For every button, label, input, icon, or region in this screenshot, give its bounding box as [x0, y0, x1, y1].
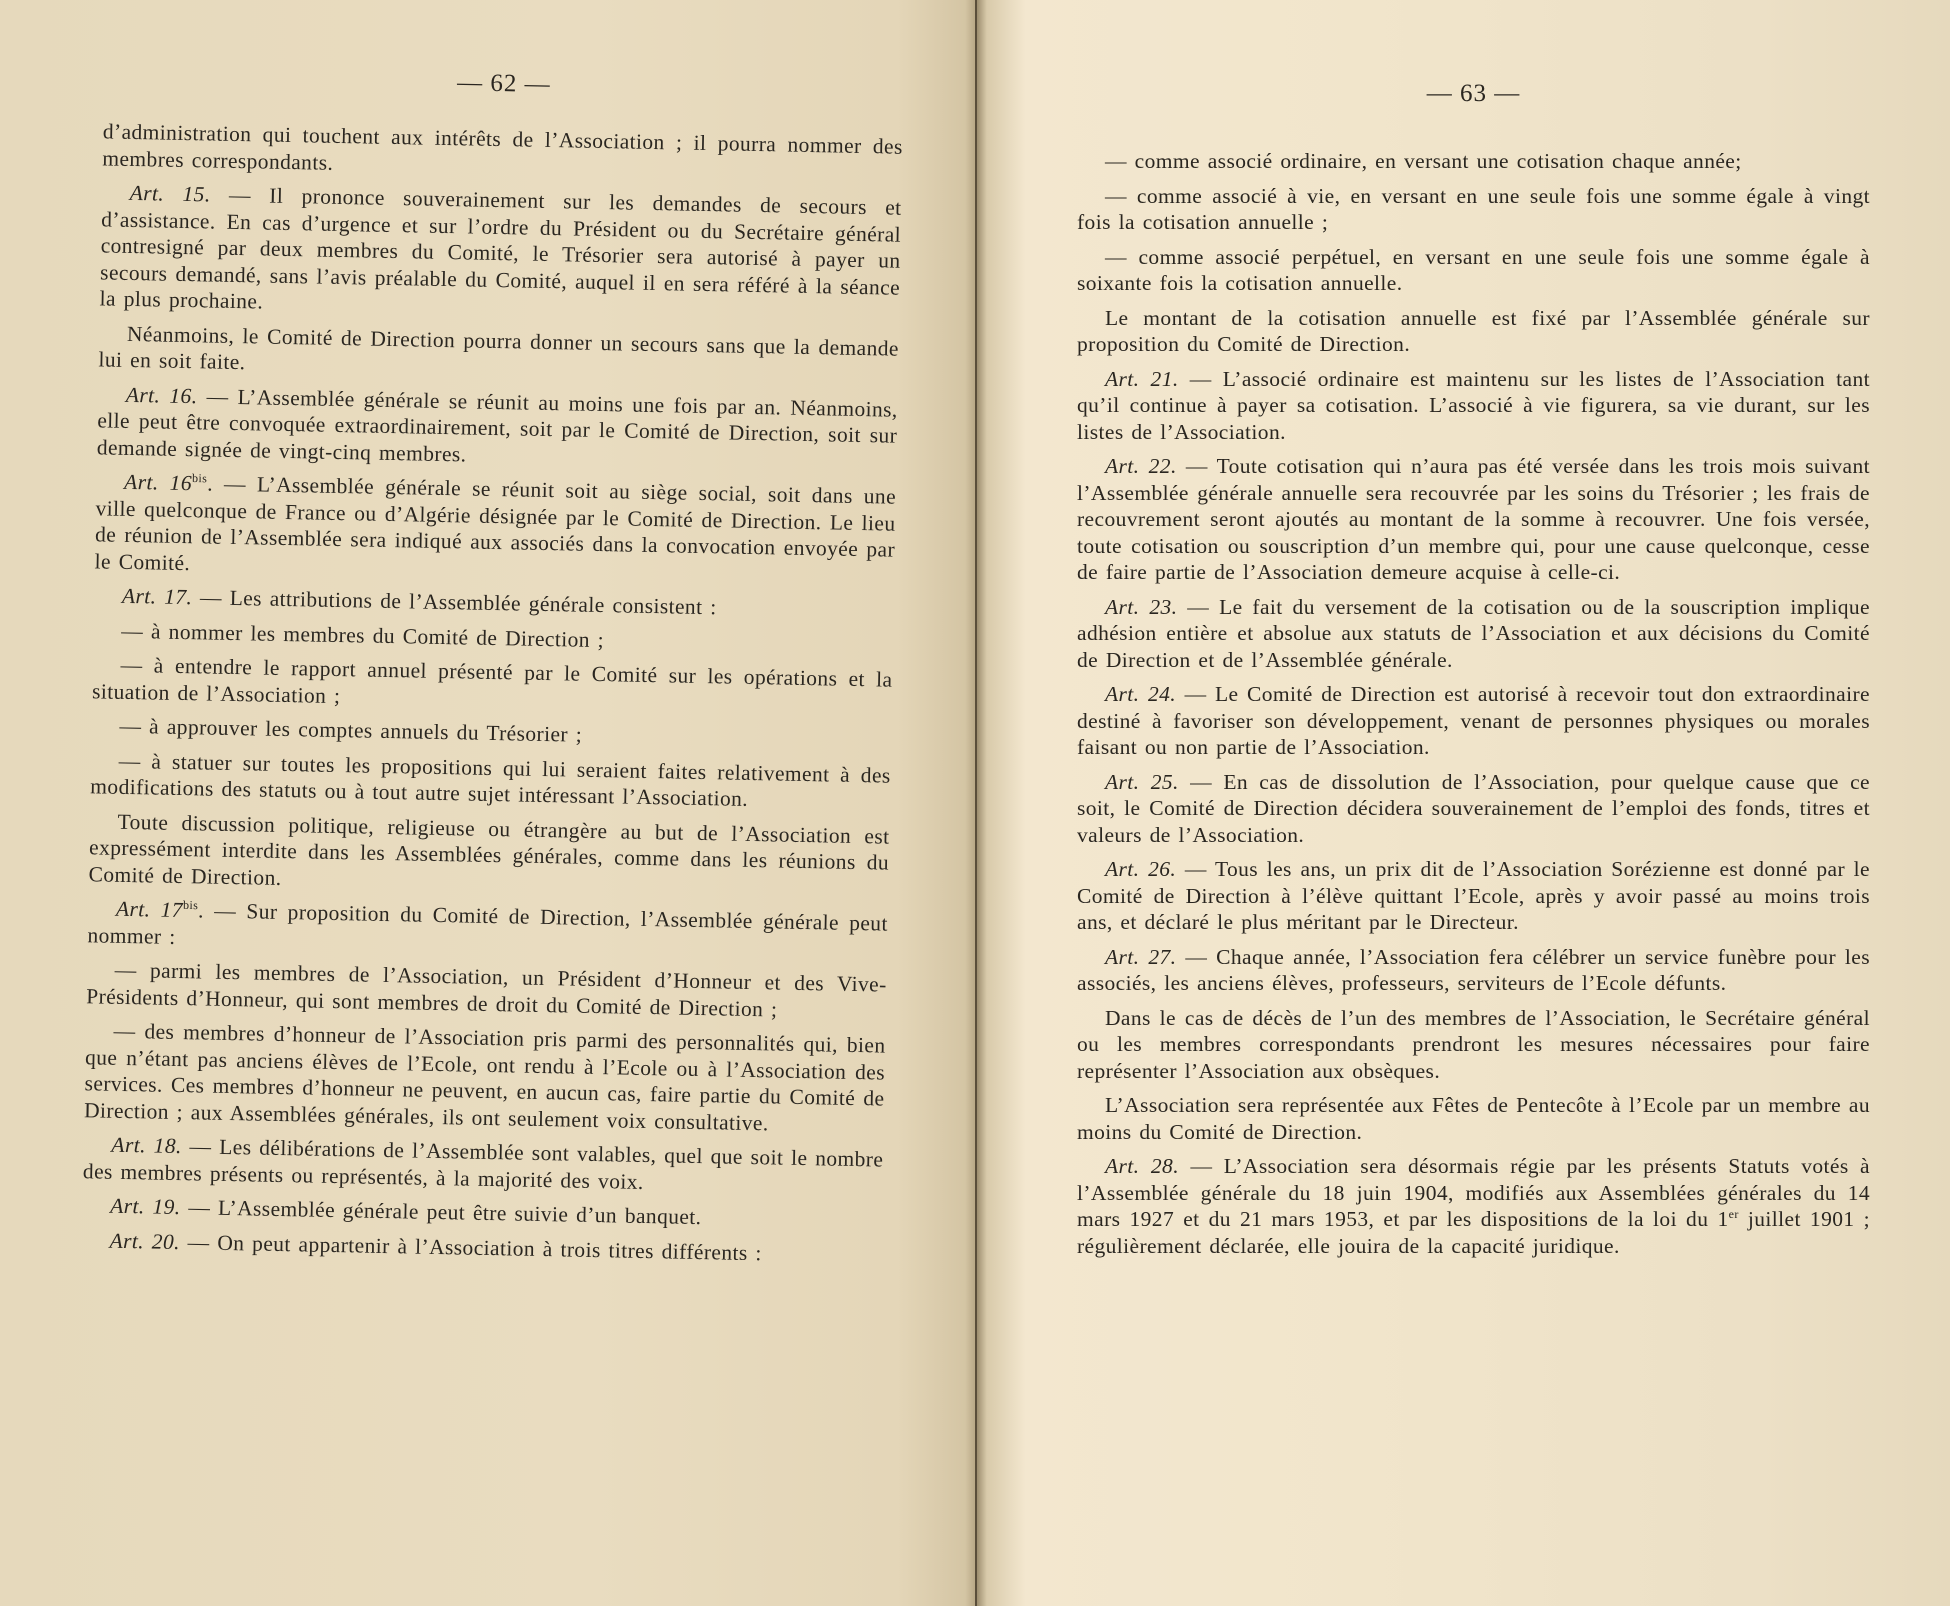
article-paragraph: Art. 15. — Il prononce souverainement su…: [99, 179, 901, 327]
paragraph: — des membres d’honneur de l’Association…: [84, 1017, 886, 1138]
paragraph-text: — Le fait du versement de la cotisation …: [1077, 595, 1870, 672]
article-label: Art. 17: [116, 897, 183, 922]
article-paragraph: Art. 16bis. — L’Assemblée générale se ré…: [94, 468, 896, 589]
paragraph: — à entendre le rapport annuel présenté …: [92, 651, 893, 719]
article-label: Art. 18.: [111, 1133, 182, 1158]
article-paragraph: Art. 17. — Les attributions de l’Assembl…: [94, 582, 894, 624]
article-label: Art. 23.: [1105, 595, 1177, 619]
paragraph-text: — L’Assemblée générale peut être suivie …: [180, 1195, 701, 1229]
paragraph: — à statuer sur toutes les propositions …: [90, 747, 891, 815]
paragraph: — à nommer les membres du Comité de Dire…: [93, 617, 893, 659]
paragraph-text: — On peut appartenir à l’Association à t…: [180, 1230, 762, 1265]
paragraph-text: L’Association sera représentée aux Fêtes…: [1077, 1093, 1870, 1144]
paragraph-text: — à entendre le rapport annuel présenté …: [92, 653, 893, 708]
page-number-63: — 63 —: [1077, 80, 1870, 108]
paragraph-text: — Toute cotisation qui n’aura pas été ve…: [1077, 454, 1870, 584]
paragraph: Le montant de la cotisation annuelle est…: [1077, 305, 1870, 358]
paragraph-text: . — L’Assemblée générale se réunit soit …: [94, 471, 896, 574]
paragraph-text: Toute discussion politique, religieuse o…: [88, 809, 889, 889]
paragraph-text: — comme associé à vie, en versant en une…: [1077, 184, 1870, 235]
left-page-body: — 62 — d’administration qui touchent aux…: [81, 62, 904, 1268]
paragraph-text: . — Sur proposition du Comité de Directi…: [87, 898, 888, 948]
paragraph: Néanmoins, le Comité de Direction pourra…: [98, 320, 899, 388]
article-label: Art. 22.: [1105, 454, 1177, 478]
article-paragraph: Art. 22. — Toute cotisation qui n’aura p…: [1077, 453, 1870, 586]
page-number-62: — 62 —: [104, 62, 904, 105]
superscript: bis: [192, 471, 207, 485]
paragraph-text: — L’Assemblée générale se réunit au moin…: [97, 384, 898, 466]
article-label: Art. 21.: [1105, 367, 1179, 391]
article-paragraph: Art. 28. — L’Association sera désormais …: [1077, 1153, 1870, 1259]
book-spread: — 62 — d’administration qui touchent aux…: [0, 0, 1950, 1606]
superscript: bis: [183, 898, 198, 912]
left-page-text: d’administration qui touchent aux intérê…: [81, 118, 903, 1268]
article-label: Art. 17.: [122, 584, 193, 609]
paragraph-text: — parmi les membres de l’Association, un…: [86, 958, 887, 1021]
superscript: er: [1729, 1207, 1739, 1221]
article-paragraph: Art. 18. — Les délibérations de l’Assemb…: [83, 1131, 884, 1199]
paragraph: — comme associé perpétuel, en versant en…: [1077, 244, 1870, 297]
paragraph-text: — comme associé perpétuel, en versant en…: [1077, 245, 1870, 296]
paragraph: — comme associé ordinaire, en versant un…: [1077, 148, 1870, 175]
article-paragraph: Art. 17bis. — Sur proposition du Comité …: [87, 895, 888, 963]
paragraph-text: — Chaque année, l’Association fera céléb…: [1077, 945, 1870, 996]
article-paragraph: Art. 25. — En cas de dissolution de l’As…: [1077, 769, 1870, 849]
article-label: Art. 27.: [1105, 945, 1176, 969]
paragraph-text: Le montant de la cotisation annuelle est…: [1077, 306, 1870, 357]
paragraph-text: — comme associé ordinaire, en versant un…: [1105, 149, 1742, 173]
article-paragraph: Art. 19. — L’Assemblée générale peut êtr…: [82, 1192, 882, 1234]
article-paragraph: Art. 16. — L’Assemblée générale se réuni…: [97, 381, 898, 476]
article-label: Art. 15.: [129, 181, 210, 207]
paragraph-text: — Tous les ans, un prix dit de l’Associa…: [1077, 857, 1870, 934]
paragraph: — à approuver les comptes annuels du Tré…: [91, 712, 891, 754]
article-label: Art. 26.: [1105, 857, 1176, 881]
paragraph-text: — Le Comité de Direction est autorisé à …: [1077, 682, 1870, 759]
article-paragraph: Art. 21. — L’associé ordinaire est maint…: [1077, 366, 1870, 446]
article-label: Art. 19.: [110, 1194, 181, 1219]
paragraph-text: Néanmoins, le Comité de Direction pourra…: [98, 321, 899, 374]
right-page: — 63 — — comme associé ordinaire, en ver…: [975, 0, 1950, 1606]
paragraph: Dans le cas de décès de l’un des membres…: [1077, 1005, 1870, 1085]
paragraph: d’administration qui touchent aux intérê…: [102, 118, 903, 186]
paragraph: Toute discussion politique, religieuse o…: [88, 808, 889, 903]
article-label: Art. 25.: [1105, 770, 1179, 794]
article-paragraph: Art. 24. — Le Comité de Direction est au…: [1077, 681, 1870, 761]
paragraph: — comme associé à vie, en versant en une…: [1077, 183, 1870, 236]
paragraph-text: Dans le cas de décès de l’un des membres…: [1077, 1006, 1870, 1083]
article-label: Art. 24.: [1105, 682, 1176, 706]
paragraph: — parmi les membres de l’Association, un…: [86, 956, 887, 1024]
paragraph-text: — L’associé ordinaire est maintenu sur l…: [1077, 367, 1870, 444]
paragraph-text: — Les attributions de l’Assemblée généra…: [192, 585, 717, 619]
paragraph-text: — à nommer les membres du Comité de Dire…: [121, 618, 604, 651]
article-paragraph: Art. 20. — On peut appartenir à l’Associ…: [81, 1227, 881, 1269]
article-paragraph: Art. 27. — Chaque année, l’Association f…: [1077, 944, 1870, 997]
article-paragraph: Art. 23. — Le fait du versement de la co…: [1077, 594, 1870, 674]
article-label: Art. 16: [124, 470, 192, 495]
paragraph-text: d’administration qui touchent aux intérê…: [102, 119, 903, 174]
article-paragraph: Art. 26. — Tous les ans, un prix dit de …: [1077, 856, 1870, 936]
paragraph-text: — En cas de dissolution de l’Association…: [1077, 770, 1870, 847]
paragraph-text: — Il prononce souverainement sur les dem…: [99, 182, 901, 313]
paragraph-text: — à approuver les comptes annuels du Tré…: [119, 714, 582, 747]
left-page: — 62 — d’administration qui touchent aux…: [0, 0, 975, 1606]
right-page-text: — comme associé ordinaire, en versant un…: [1077, 148, 1870, 1259]
article-label: Art. 28.: [1105, 1154, 1179, 1178]
article-label: Art. 16.: [126, 382, 198, 407]
paragraph-text: — Les délibérations de l’Assemblée sont …: [83, 1134, 884, 1193]
paragraph-text: — à statuer sur toutes les propositions …: [90, 748, 891, 811]
paragraph-text: — des membres d’honneur de l’Association…: [84, 1019, 886, 1135]
article-label: Art. 20.: [109, 1228, 180, 1253]
paragraph: L’Association sera représentée aux Fêtes…: [1077, 1092, 1870, 1145]
